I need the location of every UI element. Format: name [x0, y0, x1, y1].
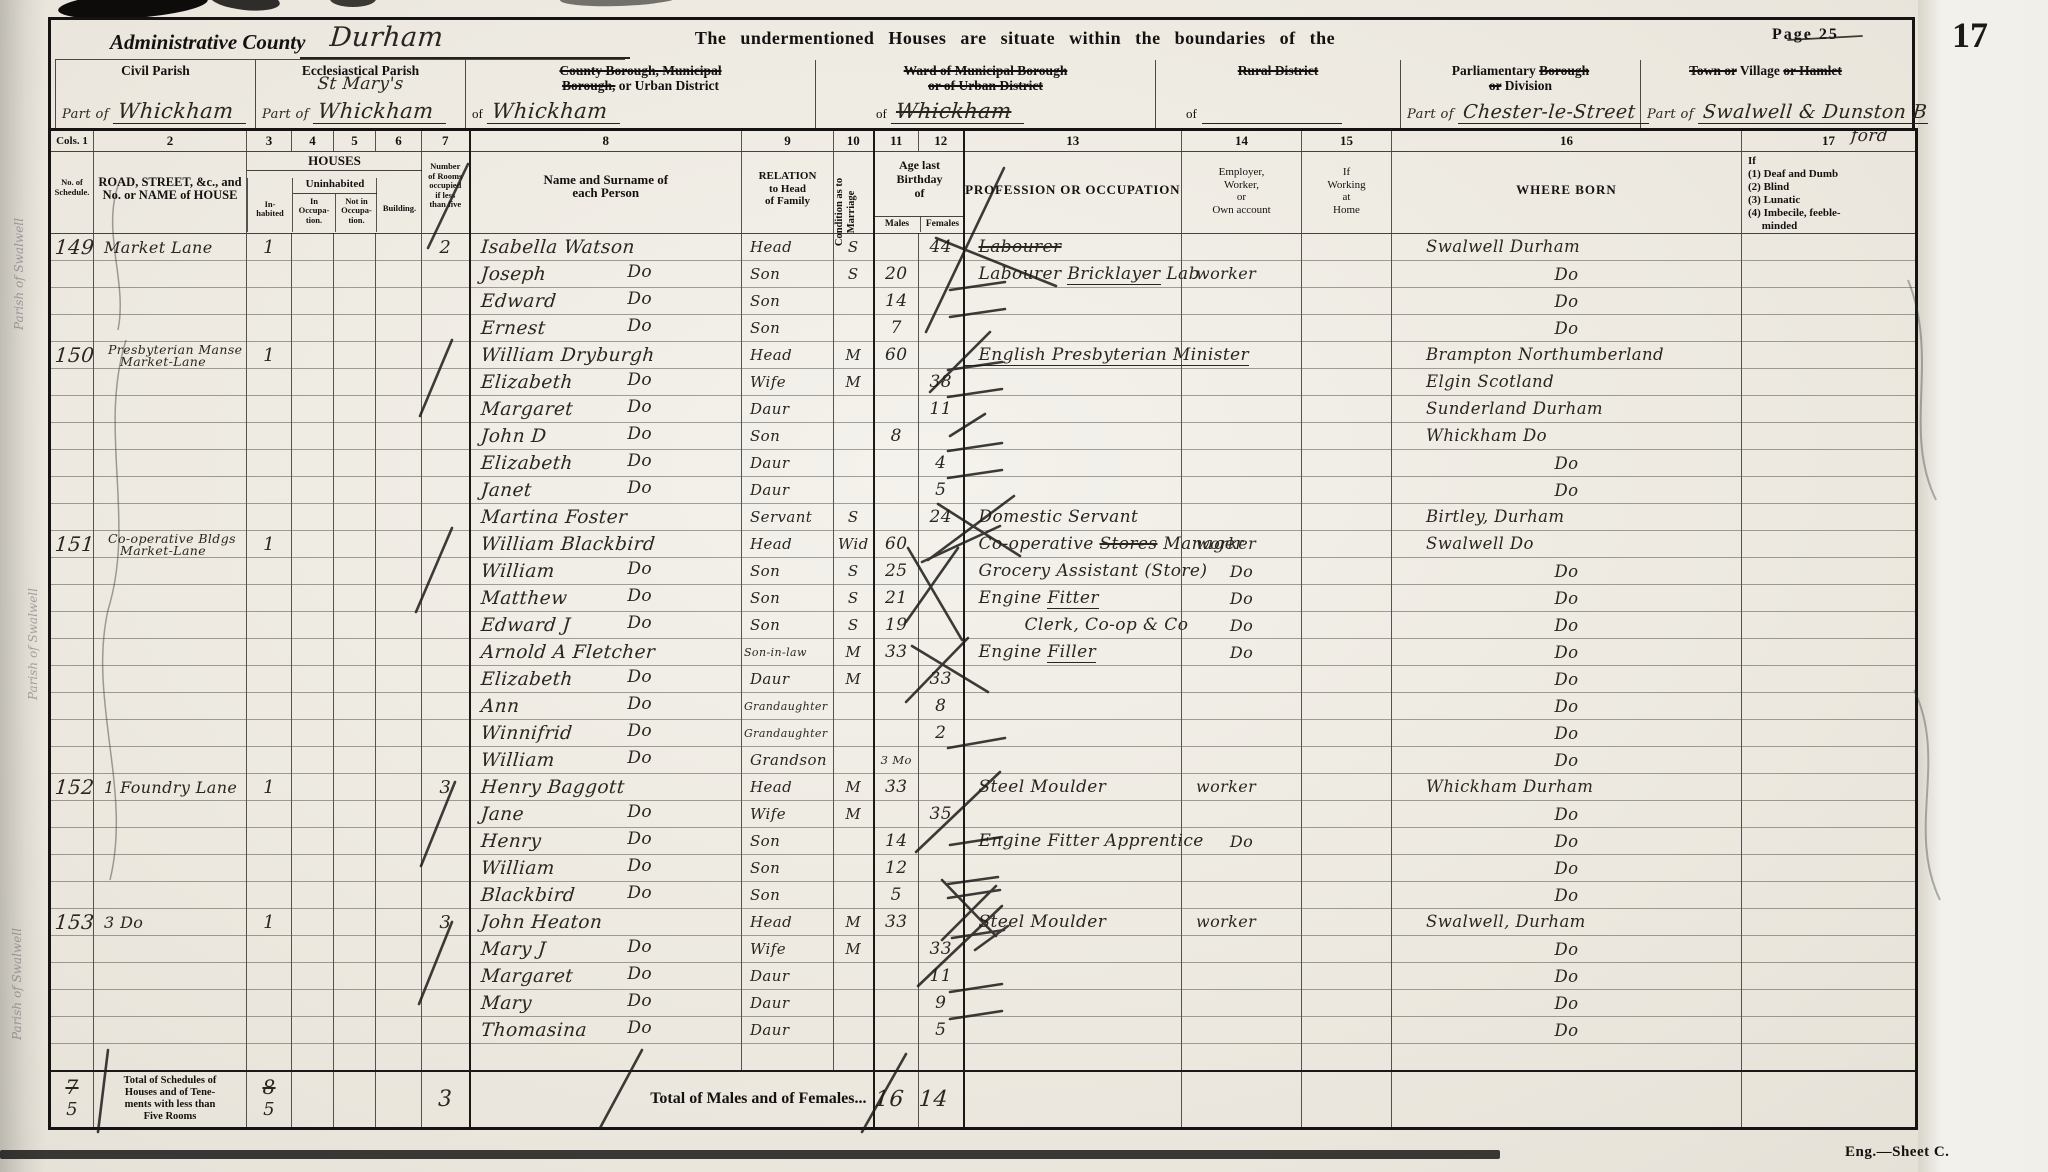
not-in-occupation-mark [334, 531, 376, 558]
person-name: WinnifridDo [470, 720, 742, 747]
rooms-count [422, 990, 470, 1017]
rooms-count: 3 [422, 909, 470, 936]
occupation: Engine Fitter Apprentice [964, 828, 1182, 855]
inhabited-mark [247, 828, 292, 855]
rooms-count [422, 531, 470, 558]
ecclesiastical-parish-extra: St Mary's [255, 74, 466, 94]
in-occupation-mark [292, 369, 334, 396]
condition: M [834, 909, 874, 936]
inhabited-mark [247, 720, 292, 747]
infirmity [1742, 882, 1917, 909]
relation: Head [742, 531, 834, 558]
civil-parish-cell: Civil Parish Part ofWhickham [55, 60, 255, 128]
address [94, 369, 247, 396]
employer-status [1182, 936, 1302, 963]
working-at-home [1302, 828, 1392, 855]
person-name: EdwardDo [470, 288, 742, 315]
prefix: Part of [1407, 107, 1454, 122]
condition [834, 693, 874, 720]
building-mark [376, 396, 422, 423]
occupation [964, 720, 1182, 747]
infirmity [1742, 693, 1917, 720]
condition [834, 828, 874, 855]
address [94, 585, 247, 612]
enumeration-row: JanetDoDaur5Do [50, 477, 1917, 504]
age-male: 21 [874, 585, 919, 612]
age-male: 5 [874, 882, 919, 909]
where-born: Do [1392, 693, 1742, 720]
age-female [919, 774, 964, 801]
inhabited-mark [247, 504, 292, 531]
working-at-home [1302, 477, 1392, 504]
rooms-count [422, 342, 470, 369]
person-name: MatthewDo [470, 585, 742, 612]
age-male: 12 [874, 855, 919, 882]
age-female: 5 [919, 477, 964, 504]
enumeration-row: John DDoSon8Whickham Do [50, 423, 1917, 450]
struck-label: or [1489, 78, 1502, 93]
age-male [874, 720, 919, 747]
enumeration-row: ThomasinaDoDaur5Do [50, 1017, 1917, 1044]
schedule-number [50, 450, 94, 477]
schedule-number [50, 639, 94, 666]
employer-status: Do [1182, 612, 1302, 639]
margin-note: Parish of Swalwell [10, 928, 24, 1040]
condition-col-header: Condition as to Marriage [834, 174, 874, 250]
building-col-header: Building. [376, 178, 422, 232]
admin-county-value: Durham [329, 22, 445, 53]
employer-status [1182, 720, 1302, 747]
occupation [964, 450, 1182, 477]
parliamentary-division-cell: Parliamentary Borough or Division Part o… [1400, 60, 1640, 128]
col-num-9: 9 [742, 130, 834, 152]
building-mark [376, 612, 422, 639]
totals-rooms-cell: 3 [422, 1071, 470, 1129]
employer-status [1182, 369, 1302, 396]
in-occupation-mark [292, 288, 334, 315]
not-in-occupation-mark [334, 450, 376, 477]
building-mark [376, 990, 422, 1017]
employer-status [1182, 801, 1302, 828]
houses-title: HOUSES [247, 152, 422, 171]
struck-label: Borough [1539, 63, 1589, 78]
in-occupation-mark [292, 396, 334, 423]
occupation [964, 936, 1182, 963]
person-name: John DDo [470, 423, 742, 450]
schedule-number: 150 [50, 342, 94, 369]
ecclesiastical-parish-cell: Ecclesiastical Parish St Mary's Part ofW… [255, 60, 465, 128]
employer-status [1182, 882, 1302, 909]
age-males-subheader: Males [875, 217, 920, 232]
age-females-subheader: Females [920, 217, 965, 232]
address [94, 936, 247, 963]
address [94, 990, 247, 1017]
building-mark [376, 936, 422, 963]
schedule-number [50, 504, 94, 531]
in-occupation-mark [292, 423, 334, 450]
age-female: 11 [919, 396, 964, 423]
building-mark [376, 666, 422, 693]
employer-status [1182, 234, 1302, 261]
infirmity [1742, 1017, 1917, 1044]
inhabited-col-header: In- habited [247, 178, 292, 232]
not-in-occupation-mark [334, 747, 376, 774]
occupation: Engine Fitter [964, 585, 1182, 612]
not-in-occupation-mark [334, 909, 376, 936]
person-name: John Heaton [470, 909, 742, 936]
in-occupation-mark [292, 936, 334, 963]
inhabited-mark [247, 315, 292, 342]
struck-label: County Borough, Municipal [559, 63, 721, 78]
occupation: Steel Moulder [964, 909, 1182, 936]
infirmity [1742, 963, 1917, 990]
not-in-occupation-mark [334, 288, 376, 315]
condition: M [834, 369, 874, 396]
infirmity [1742, 261, 1917, 288]
person-name: ElizabethDo [470, 666, 742, 693]
working-at-home [1302, 450, 1392, 477]
age-male [874, 396, 919, 423]
condition [834, 477, 874, 504]
building-mark [376, 558, 422, 585]
inhabited-mark [247, 882, 292, 909]
inhabited-mark [247, 639, 292, 666]
condition [834, 396, 874, 423]
person-name: Arnold A Fletcher [470, 639, 742, 666]
working-at-home [1302, 855, 1392, 882]
enumeration-row: AnnDoGrandaughter8Do [50, 693, 1917, 720]
age-female: 24 [919, 504, 964, 531]
prefix: Part of [1647, 107, 1694, 122]
where-born: Birtley, Durham [1392, 504, 1742, 531]
infirmity [1742, 801, 1917, 828]
totals-schedule-cell: 7 5 [50, 1071, 94, 1129]
occupation [964, 315, 1182, 342]
occupation: Domestic Servant [964, 504, 1182, 531]
employer-status [1182, 1044, 1302, 1071]
infirmity [1742, 585, 1917, 612]
rooms-count [422, 423, 470, 450]
where-born: Do [1392, 855, 1742, 882]
age-male: 33 [874, 639, 919, 666]
schedule-number: 151 [50, 531, 94, 558]
working-at-home [1302, 747, 1392, 774]
enumeration-row: Mary JDoWifeM33Do [50, 936, 1917, 963]
relation: Head [742, 342, 834, 369]
not-in-occupation-mark [334, 1044, 376, 1071]
col-num-7: 7 [422, 130, 470, 152]
age-male [874, 990, 919, 1017]
age-female: 44 [919, 234, 964, 261]
where-born: Swalwell, Durham [1392, 909, 1742, 936]
working-at-home [1302, 639, 1392, 666]
struck-label: Ward of Municipal Borough [904, 63, 1068, 78]
employer-col-header: Employer, Worker, or Own account [1182, 152, 1301, 216]
enumeration-row: WilliamDoGrandson3 MoDo [50, 747, 1917, 774]
empty-cell [292, 1071, 334, 1129]
occupation [964, 477, 1182, 504]
age-female [919, 261, 964, 288]
inhabited-mark [247, 936, 292, 963]
in-occupation-mark [292, 531, 334, 558]
label: Village [1737, 63, 1784, 78]
person-name: ErnestDo [470, 315, 742, 342]
age-female [919, 423, 964, 450]
inhabited-mark: 1 [247, 234, 292, 261]
in-occupation-mark [292, 882, 334, 909]
where-born: Elgin Scotland [1392, 369, 1742, 396]
col-num-11: 11 [874, 130, 919, 152]
relation: Daur [742, 1017, 834, 1044]
where-born: Do [1392, 828, 1742, 855]
struck-label: Town or [1689, 63, 1737, 78]
building-mark [376, 423, 422, 450]
infirmity [1742, 558, 1917, 585]
empty-cell [376, 1071, 422, 1129]
address [94, 423, 247, 450]
working-at-home [1302, 936, 1392, 963]
person-name: Isabella Watson [470, 234, 742, 261]
admin-county-label: Administrative County [110, 30, 305, 55]
where-born: Do [1392, 585, 1742, 612]
totals-males-cell: 16 [874, 1071, 919, 1129]
relation: Son [742, 315, 834, 342]
in-occupation-mark [292, 1017, 334, 1044]
address [94, 720, 247, 747]
schedule-number [50, 396, 94, 423]
condition: S [834, 261, 874, 288]
totals-houses: 5 [263, 1099, 275, 1120]
condition [834, 747, 874, 774]
working-at-home [1302, 558, 1392, 585]
infirmity [1742, 666, 1917, 693]
address [94, 801, 247, 828]
where-born: Do [1392, 801, 1742, 828]
schedule-number [50, 558, 94, 585]
enumeration-row: BlackbirdDoSon5Do [50, 882, 1917, 909]
totals-males-females-label-cell: Total of Males and of Females... [470, 1071, 874, 1129]
inhabited-mark [247, 963, 292, 990]
in-occupation-mark [292, 909, 334, 936]
address [94, 477, 247, 504]
in-occupation-mark [292, 558, 334, 585]
not-in-occupation-mark [334, 693, 376, 720]
age-female: 33 [919, 936, 964, 963]
empty-cell [334, 1071, 376, 1129]
occupation [964, 369, 1182, 396]
where-born: Sunderland Durham [1392, 396, 1742, 423]
person-name: MaryDo [470, 990, 742, 1017]
folio-stamp: 17 [1952, 14, 1988, 56]
col-num-10: 10 [834, 130, 874, 152]
urban-district-cell: County Borough, Municipal Borough, or Ur… [465, 60, 815, 128]
occupation [964, 882, 1182, 909]
relation-col-header: RELATION to Head of Family [742, 152, 833, 208]
town-village-value: Swalwell & Dunston B [1698, 101, 1930, 124]
enumeration-row: Edward JDoSonS19Clerk, Co-op & CoDoDo [50, 612, 1917, 639]
address [94, 450, 247, 477]
address [94, 558, 247, 585]
address: 3 Do [94, 909, 247, 936]
relation: Son [742, 585, 834, 612]
relation: Wife [742, 369, 834, 396]
person-name: ElizabethDo [470, 450, 742, 477]
age-male: 7 [874, 315, 919, 342]
schedule-number [50, 936, 94, 963]
infirmity [1742, 369, 1917, 396]
not-in-occupation-mark [334, 261, 376, 288]
employer-status [1182, 1017, 1302, 1044]
employer-status [1182, 450, 1302, 477]
relation: Grandaughter [742, 693, 834, 720]
age-female [919, 531, 964, 558]
age-female: 11 [919, 963, 964, 990]
schedule-number: 152 [50, 774, 94, 801]
building-mark [376, 369, 422, 396]
infirmity [1742, 774, 1917, 801]
condition: S [834, 558, 874, 585]
relation: Daur [742, 990, 834, 1017]
where-born [1392, 1044, 1742, 1071]
ecclesiastical-parish-value: Whickham [313, 99, 449, 124]
not-in-occupation-mark [334, 936, 376, 963]
age-title: Age last Birthday of [875, 152, 965, 216]
employer-status [1182, 315, 1302, 342]
in-occupation-mark [292, 585, 334, 612]
rooms-count: 3 [422, 774, 470, 801]
totals-row: 7 5 Total of Schedules of Houses and of … [50, 1071, 1917, 1129]
relation: Son [742, 261, 834, 288]
not-in-occupation-mark [334, 558, 376, 585]
margin-note: Parish of Swalwell [12, 218, 26, 330]
working-at-home [1302, 990, 1392, 1017]
in-occupation-col-header: In Occupa- tion. [293, 194, 335, 232]
employer-status: worker [1182, 774, 1302, 801]
relation: Head [742, 234, 834, 261]
rooms-count [422, 801, 470, 828]
condition [834, 855, 874, 882]
inhabited-mark [247, 585, 292, 612]
table-body: 149Market Lane12Isabella WatsonHeadS44La… [50, 234, 1917, 1071]
schedule-number [50, 801, 94, 828]
empty-cell [1392, 1071, 1742, 1129]
rooms-count [422, 693, 470, 720]
infirmity [1742, 288, 1917, 315]
schedule-number [50, 423, 94, 450]
in-occupation-mark [292, 774, 334, 801]
relation: Daur [742, 963, 834, 990]
working-at-home [1302, 963, 1392, 990]
person-name: JanetDo [470, 477, 742, 504]
condition [834, 315, 874, 342]
where-born: Do [1392, 558, 1742, 585]
enumeration-row: 149Market Lane12Isabella WatsonHeadS44La… [50, 234, 1917, 261]
where-born: Whickham Durham [1392, 774, 1742, 801]
schedule-number [50, 828, 94, 855]
enumeration-row: ElizabethDoDaur4Do [50, 450, 1917, 477]
enumeration-row: 150Presbyterian ManseMarket-Lane1William… [50, 342, 1917, 369]
schedule-number [50, 882, 94, 909]
occupation [964, 666, 1182, 693]
inhabited-mark [247, 261, 292, 288]
civil-parish-value: Whickham [113, 99, 249, 124]
schedule-number [50, 747, 94, 774]
age-female: 4 [919, 450, 964, 477]
schedule-number [50, 963, 94, 990]
not-in-occupation-mark [334, 801, 376, 828]
schedule-number [50, 720, 94, 747]
working-at-home [1302, 342, 1392, 369]
col-num-3: 3 [247, 130, 292, 152]
address [94, 828, 247, 855]
totals-caption-cell: Total of Schedules of Houses and of Tene… [94, 1071, 247, 1129]
totals-females: 14 [918, 1087, 949, 1112]
age-female [919, 315, 964, 342]
name-col-header: Name and Surname of each Person [471, 152, 742, 199]
schedule-number [50, 315, 94, 342]
label: Division [1505, 78, 1552, 93]
employer-status [1182, 504, 1302, 531]
not-in-occupation-mark [334, 855, 376, 882]
not-in-occupation-mark [334, 666, 376, 693]
age-female [919, 855, 964, 882]
inhabited-mark [247, 396, 292, 423]
schedule-number [50, 855, 94, 882]
building-mark [376, 747, 422, 774]
col-num-6: 6 [376, 130, 422, 152]
age-male: 8 [874, 423, 919, 450]
employer-status [1182, 855, 1302, 882]
infirmity [1742, 342, 1917, 369]
age-male [874, 666, 919, 693]
employer-status: Do [1182, 639, 1302, 666]
infirmity [1742, 504, 1917, 531]
uninhabited-group: Uninhabited In Occupa- tion. Not in Occu… [292, 178, 376, 232]
empty-cell [1742, 1071, 1917, 1129]
person-name: JaneDo [470, 801, 742, 828]
rooms-count [422, 855, 470, 882]
not-in-occupation-mark [334, 423, 376, 450]
empty-cell [1302, 1071, 1392, 1129]
totals-schedules: 5 [66, 1099, 78, 1120]
inhabited-mark: 1 [247, 342, 292, 369]
occupation [964, 396, 1182, 423]
rooms-count [422, 1044, 470, 1071]
schedule-number [50, 585, 94, 612]
parliamentary-division-value: Chester-le-Street [1458, 101, 1651, 124]
inhabited-mark [247, 1017, 292, 1044]
enumeration-row: HenryDoSon14Engine Fitter ApprenticeDoDo [50, 828, 1917, 855]
address [94, 963, 247, 990]
person-name: Henry Baggott [470, 774, 742, 801]
enumeration-row: MatthewDoSonS21Engine FitterDoDo [50, 585, 1917, 612]
inhabited-mark [247, 477, 292, 504]
building-mark [376, 288, 422, 315]
scan-ink-blob [209, 0, 281, 14]
in-occupation-mark [292, 504, 334, 531]
where-born: Do [1392, 450, 1742, 477]
condition [834, 990, 874, 1017]
building-mark [376, 639, 422, 666]
employer-status: worker [1182, 531, 1302, 558]
ward-cell: Ward of Municipal Borough or of Urban Di… [815, 60, 1155, 128]
inhabited-mark [247, 990, 292, 1017]
building-mark [376, 477, 422, 504]
rooms-count [422, 963, 470, 990]
age-female [919, 612, 964, 639]
building-mark [376, 531, 422, 558]
condition [834, 963, 874, 990]
